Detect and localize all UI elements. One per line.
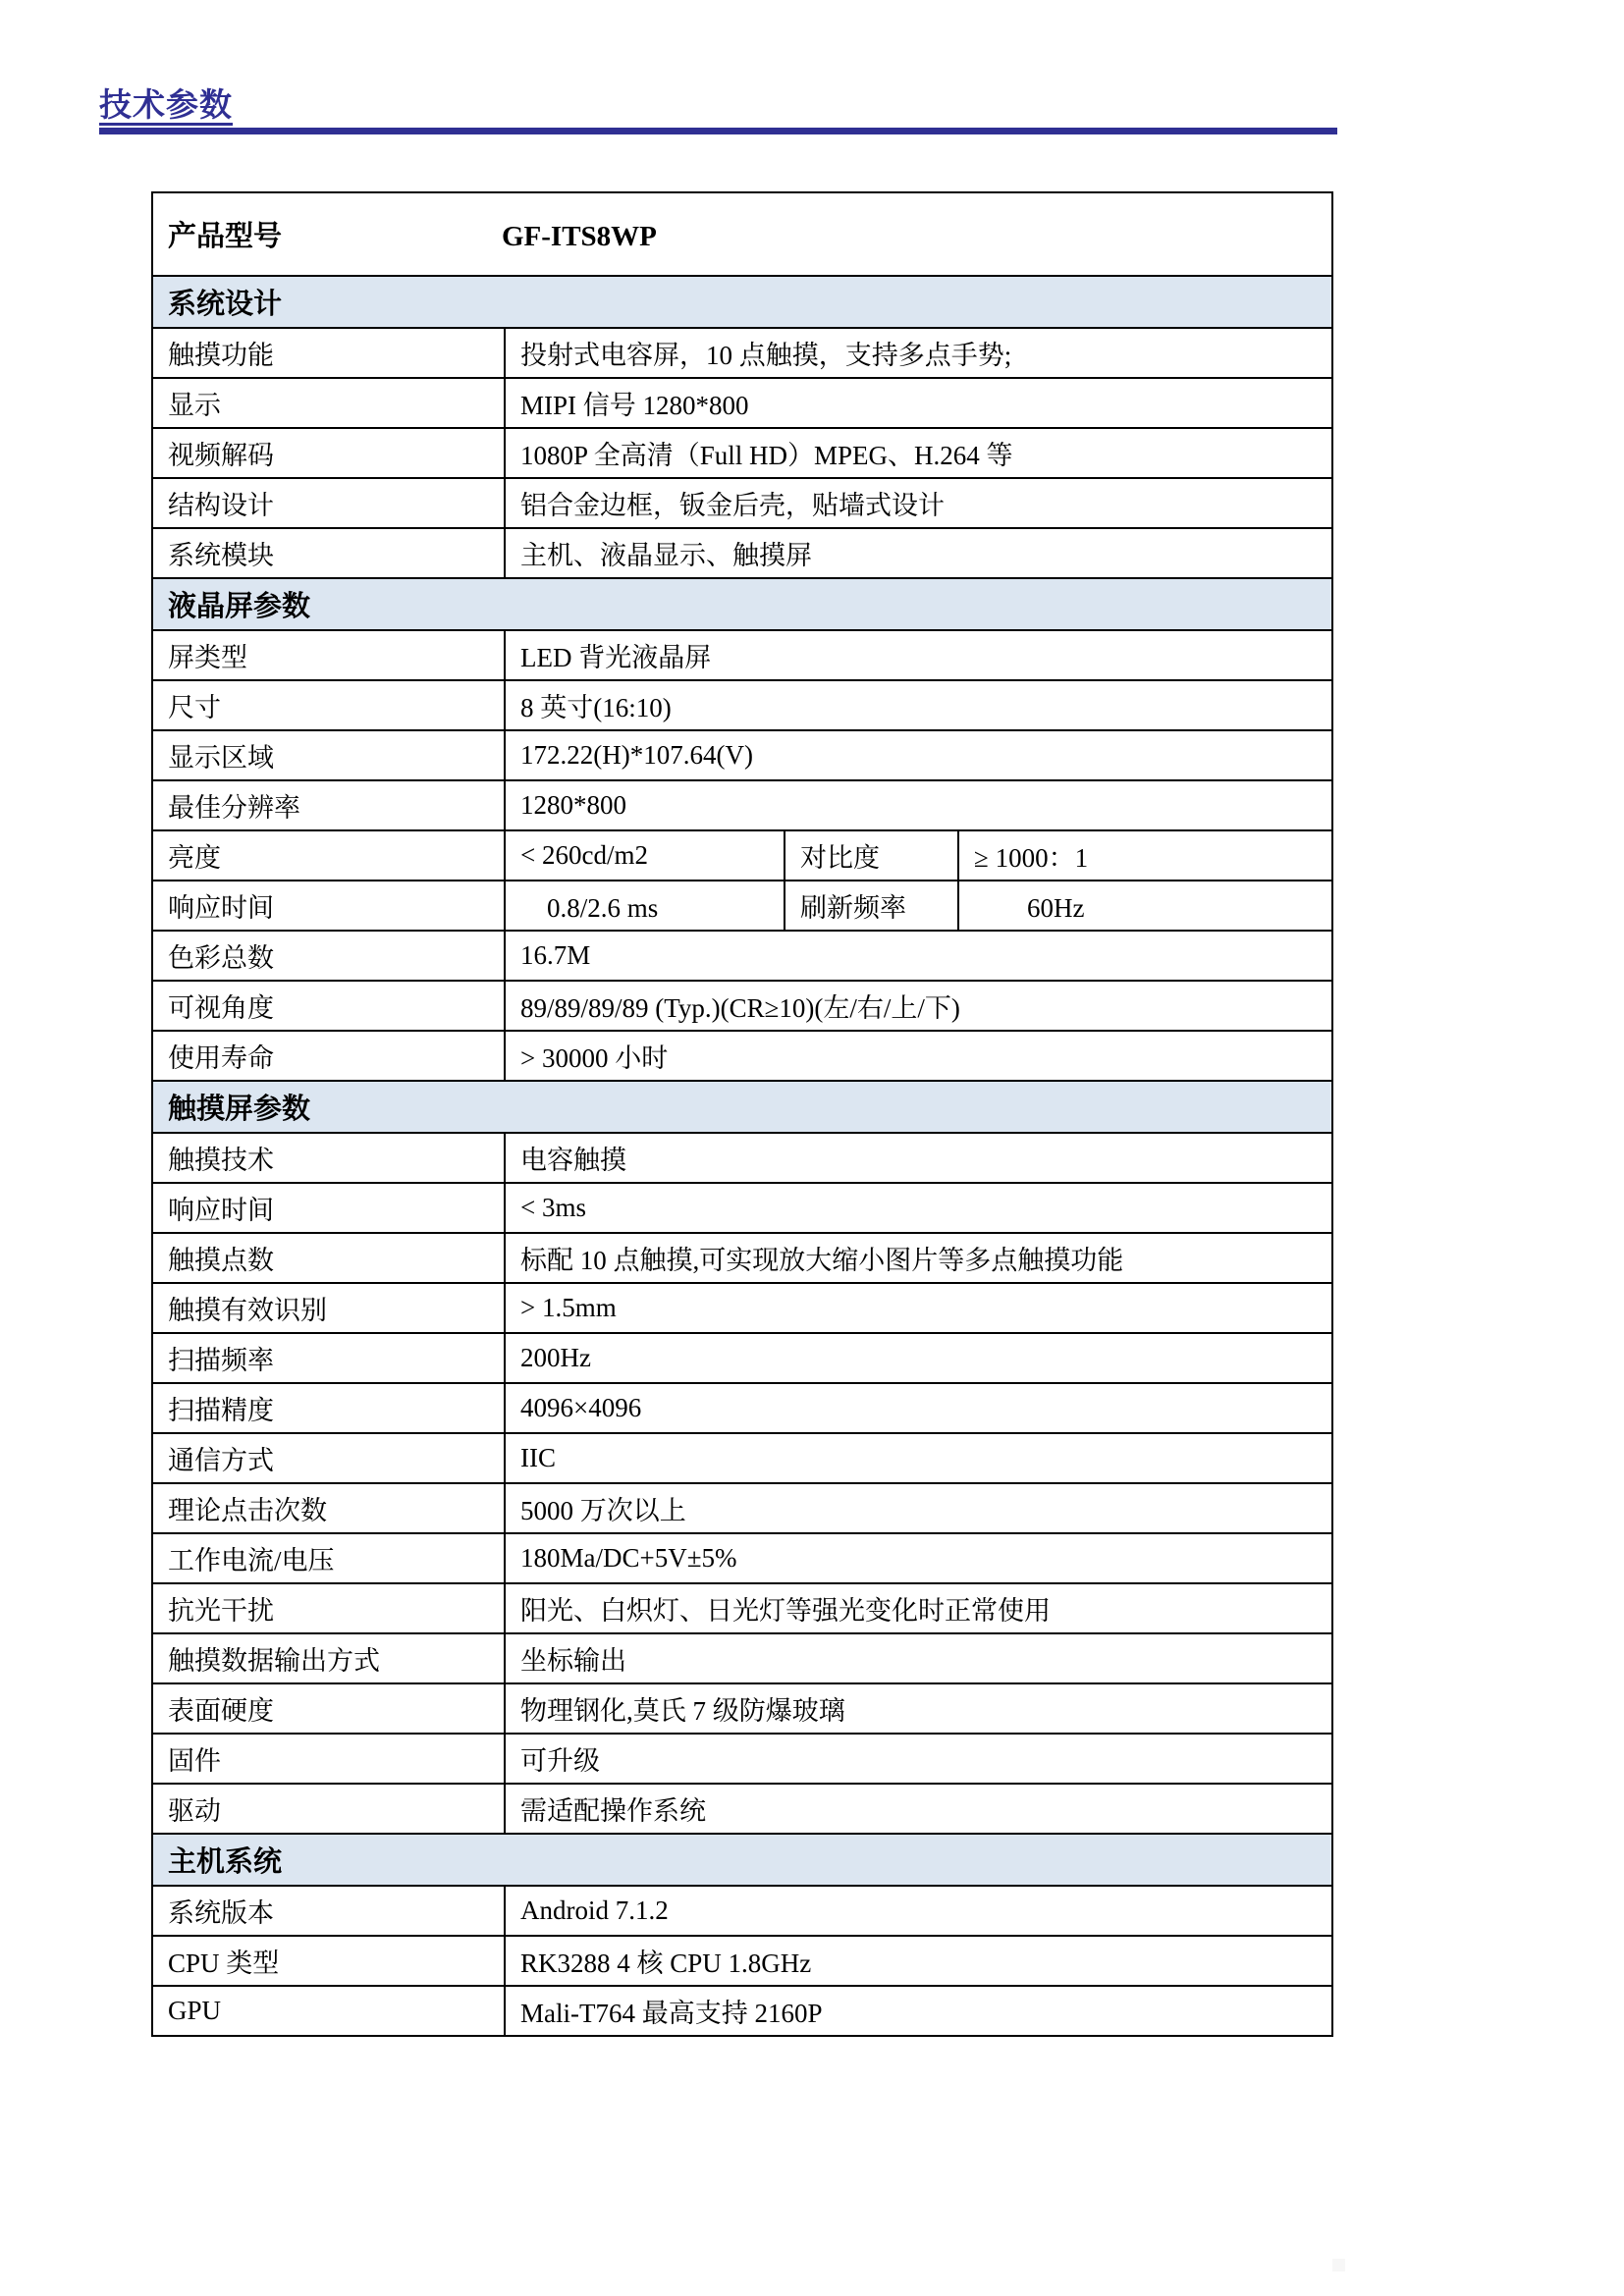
spec-label-cell: GPU [152,1986,505,2036]
spec-value-cell: 180Ma/DC+5V±5% [505,1533,1332,1583]
spec-value-cell: 铝合金边框，钣金后壳，贴墙式设计 [505,478,1332,528]
spec-label-cell: 工作电流/电压 [152,1533,505,1583]
spec-row: 可视角度89/89/89/89 (Typ.)(CR≥10)(左/右/上/下) [152,981,1332,1031]
spec-row: 固件可升级 [152,1734,1332,1784]
spec-label-cell: 显示区域 [152,730,505,780]
spec-label-cell: 驱动 [152,1784,505,1834]
spec-label-cell: 固件 [152,1734,505,1784]
spec-value-cell: IIC [505,1433,1332,1483]
spec-label-cell: 响应时间 [152,1183,505,1233]
spec-label-cell: 使用寿命 [152,1031,505,1081]
spec-row: 屏类型LED 背光液晶屏 [152,630,1332,680]
section-header-cell: 触摸屏参数 [152,1081,1332,1133]
spec-row: 显示MIPI 信号 1280*800 [152,378,1332,428]
spec-label-cell: 亮度 [152,830,505,881]
spec-label-cell: 触摸功能 [152,328,505,378]
spec-value-cell: 标配 10 点触摸,可实现放大缩小图片等多点触摸功能 [505,1233,1332,1283]
spec-row: 工作电流/电压180Ma/DC+5V±5% [152,1533,1332,1583]
spec-value-cell: 0.8/2.6 ms [505,881,785,931]
section-header-cell: 系统设计 [152,276,1332,328]
spec-label-cell: 显示 [152,378,505,428]
spec-row: 触摸功能投射式电容屏，10 点触摸，支持多点手势; [152,328,1332,378]
spec-label-cell: 触摸数据输出方式 [152,1633,505,1683]
spec-value-cell: 可升级 [505,1734,1332,1784]
section-header-row: 系统设计 [152,276,1332,328]
spec-value-cell: > 1.5mm [505,1283,1332,1333]
product-model-row: 产品型号GF-ITS8WP [152,192,1332,276]
spec-value-cell: 4096×4096 [505,1383,1332,1433]
spec-row: 理论点击次数5000 万次以上 [152,1483,1332,1533]
page-title: 技术参数 [99,88,233,124]
spec-row: 触摸有效识别> 1.5mm [152,1283,1332,1333]
section-header-row: 主机系统 [152,1834,1332,1886]
spec-value-cell: 坐标输出 [505,1633,1332,1683]
section-header-cell: 主机系统 [152,1834,1332,1886]
spec-label-cell: 色彩总数 [152,931,505,981]
spec-row: 系统版本Android 7.1.2 [152,1886,1332,1936]
document-page: 技术参数 产品型号GF-ITS8WP系统设计触摸功能投射式电容屏，10 点触摸，… [0,0,1624,2296]
spec-label-cell: 表面硬度 [152,1683,505,1734]
spec-value-cell: 8 英寸(16:10) [505,680,1332,730]
spec-value-cell: 172.22(H)*107.64(V) [505,730,1332,780]
spec-row: 扫描精度4096×4096 [152,1383,1332,1433]
spec-row: 尺寸8 英寸(16:10) [152,680,1332,730]
spec-label-cell: 屏类型 [152,630,505,680]
spec-label-cell: 系统版本 [152,1886,505,1936]
spec-value-cell: 需适配操作系统 [505,1784,1332,1834]
spec-value-cell: Mali-T764 最高支持 2160P [505,1986,1332,2036]
spec-row: 使用寿命> 30000 小时 [152,1031,1332,1081]
spec-label-cell: 系统模块 [152,528,505,578]
spec-row-double: 响应时间 0.8/2.6 ms刷新频率 60Hz [152,881,1332,931]
spec-value-cell: 主机、液晶显示、触摸屏 [505,528,1332,578]
spec-label-cell: 触摸有效识别 [152,1283,505,1333]
page-heading-rule: 技术参数 [99,88,1337,134]
spec-row: GPUMali-T764 最高支持 2160P [152,1986,1332,2036]
spec-label-cell: 视频解码 [152,428,505,478]
spec-value-cell: LED 背光液晶屏 [505,630,1332,680]
spec-value-cell: 60Hz [958,881,1332,931]
product-model-label: 产品型号 [168,214,502,254]
spec-value-cell: MIPI 信号 1280*800 [505,378,1332,428]
spec-row: 视频解码1080P 全高清（Full HD）MPEG、H.264 等 [152,428,1332,478]
spec-table: 产品型号GF-ITS8WP系统设计触摸功能投射式电容屏，10 点触摸，支持多点手… [151,191,1333,2037]
spec-value-cell: 200Hz [505,1333,1332,1383]
spec-label-cell: CPU 类型 [152,1936,505,1986]
spec-label-cell: 抗光干扰 [152,1583,505,1633]
spec-value-cell: < 260cd/m2 [505,830,785,881]
section-header-cell: 液晶屏参数 [152,578,1332,630]
spec-value-cell: 16.7M [505,931,1332,981]
spec-row: 触摸点数标配 10 点触摸,可实现放大缩小图片等多点触摸功能 [152,1233,1332,1283]
section-header-row: 液晶屏参数 [152,578,1332,630]
spec-row: 扫描频率200Hz [152,1333,1332,1383]
spec-value-cell: 阳光、白炽灯、日光灯等强光变化时正常使用 [505,1583,1332,1633]
page-footer-mark [1332,2259,1345,2271]
spec-value-cell: 电容触摸 [505,1133,1332,1183]
spec-label-cell: 触摸点数 [152,1233,505,1283]
spec-value-cell: ≥ 1000：1 [958,830,1332,881]
section-header-row: 触摸屏参数 [152,1081,1332,1133]
spec-label-cell: 刷新频率 [785,881,958,931]
spec-label-cell: 触摸技术 [152,1133,505,1183]
spec-row: CPU 类型RK3288 4 核 CPU 1.8GHz [152,1936,1332,1986]
spec-label-cell: 扫描精度 [152,1383,505,1433]
spec-label-cell: 可视角度 [152,981,505,1031]
spec-value-cell: 1080P 全高清（Full HD）MPEG、H.264 等 [505,428,1332,478]
spec-row: 最佳分辨率1280*800 [152,780,1332,830]
spec-value-cell: 1280*800 [505,780,1332,830]
spec-value-cell: 89/89/89/89 (Typ.)(CR≥10)(左/右/上/下) [505,981,1332,1031]
spec-label-cell: 结构设计 [152,478,505,528]
product-model-cell: 产品型号GF-ITS8WP [152,192,1332,276]
spec-label-cell: 对比度 [785,830,958,881]
spec-value-cell: 物理钢化,莫氏 7 级防爆玻璃 [505,1683,1332,1734]
spec-label-cell: 最佳分辨率 [152,780,505,830]
spec-value-cell: Android 7.1.2 [505,1886,1332,1936]
spec-label-cell: 理论点击次数 [152,1483,505,1533]
spec-label-cell: 尺寸 [152,680,505,730]
spec-value-cell: < 3ms [505,1183,1332,1233]
spec-value-cell: RK3288 4 核 CPU 1.8GHz [505,1936,1332,1986]
spec-row: 触摸技术电容触摸 [152,1133,1332,1183]
spec-row: 显示区域172.22(H)*107.64(V) [152,730,1332,780]
spec-row: 系统模块主机、液晶显示、触摸屏 [152,528,1332,578]
spec-value-cell: 投射式电容屏，10 点触摸，支持多点手势; [505,328,1332,378]
spec-row: 色彩总数16.7M [152,931,1332,981]
spec-row: 驱动需适配操作系统 [152,1784,1332,1834]
spec-row: 表面硬度物理钢化,莫氏 7 级防爆玻璃 [152,1683,1332,1734]
spec-label-cell: 扫描频率 [152,1333,505,1383]
spec-value-cell: > 30000 小时 [505,1031,1332,1081]
spec-row: 响应时间< 3ms [152,1183,1332,1233]
spec-value-cell: 5000 万次以上 [505,1483,1332,1533]
spec-row: 抗光干扰阳光、白炽灯、日光灯等强光变化时正常使用 [152,1583,1332,1633]
spec-label-cell: 响应时间 [152,881,505,931]
product-model-value: GF-ITS8WP [502,221,657,252]
spec-label-cell: 通信方式 [152,1433,505,1483]
spec-row-double: 亮度< 260cd/m2对比度≥ 1000：1 [152,830,1332,881]
spec-row: 结构设计铝合金边框，钣金后壳，贴墙式设计 [152,478,1332,528]
spec-row: 通信方式IIC [152,1433,1332,1483]
spec-row: 触摸数据输出方式坐标输出 [152,1633,1332,1683]
